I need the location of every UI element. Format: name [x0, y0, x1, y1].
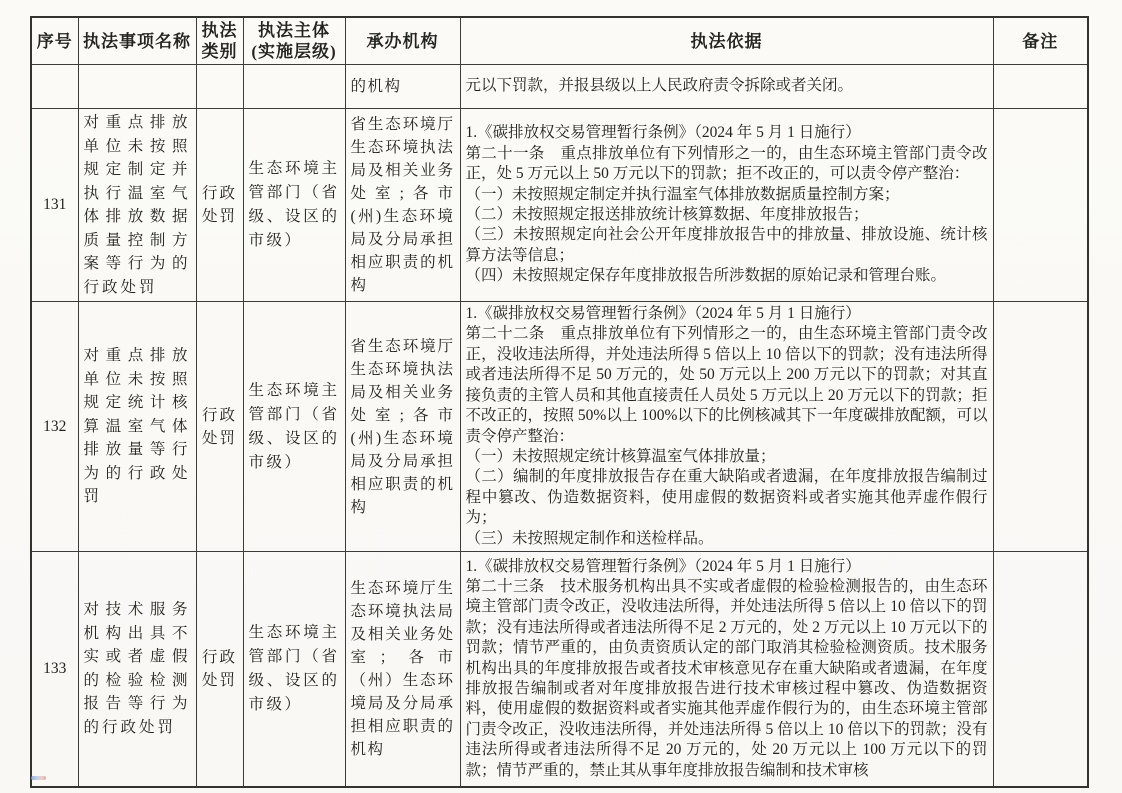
- row-133-item-name: 对技术服务机构出具不实或者虚假的检验检测报告等行为的行政处罚: [78, 552, 196, 787]
- col-header-category: 执法类别: [196, 17, 243, 65]
- basis-paragraph: （二）未按照规定报送排放统计核算数据、年度排放报告；: [466, 205, 988, 225]
- row-133-category: 行政处罚: [196, 552, 243, 787]
- basis-paragraph: 第二十一条 重点排放单位有下列情形之一的，由生态环境主管部门责令改正，处 5 万…: [466, 144, 988, 185]
- row-131-basis: 1.《碳排放权交易管理暂行条例》（2024 年 5 月 1 日施行） 第二十一条…: [460, 109, 993, 302]
- basis-paragraph: （三）未按照规定向社会公开年度排放报告中的排放量、排放设施、统计核算方法等信息；: [466, 225, 988, 266]
- row-132-subject: 生态环境主管部门（省级、设区的市级）: [243, 302, 345, 552]
- row-132-organ: 省生态环境厅生态环境执法局及相关业务处室;各市(州)生态环境局及分局承担相应职责…: [345, 302, 460, 552]
- row-133-basis: 1.《碳排放权交易管理暂行条例》（2024 年 5 月 1 日施行） 第二十三条…: [460, 552, 993, 787]
- col-header-subject: 执法主体(实施层级): [243, 17, 345, 65]
- col-header-organ: 承办机构: [345, 17, 460, 65]
- col-header-no: 序号: [31, 17, 78, 65]
- row-131-item-name: 对重点排放单位未按照规定制定并执行温室气体排放数据质量控制方案等行为的行政处罚: [78, 109, 196, 302]
- carryover-name-cell: [78, 65, 196, 109]
- basis-paragraph: （一）未按照规定统计核算温室气体排放量；: [466, 447, 988, 467]
- scan-artifact-mark: [31, 776, 46, 780]
- carryover-remark-cell: [993, 65, 1088, 109]
- basis-paragraph: （三）未按照规定制作和送检样品。: [466, 529, 988, 549]
- basis-paragraph: 第二十二条 重点排放单位有下列情形之一的，由生态环境主管部门责令改正，没收违法所…: [466, 324, 988, 446]
- row-132-item-name: 对重点排放单位未按照规定统计核算温室气体排放量等行为的行政处罚: [78, 302, 196, 552]
- basis-paragraph: 1.《碳排放权交易管理暂行条例》（2024 年 5 月 1 日施行）: [466, 304, 988, 324]
- row-132-basis: 1.《碳排放权交易管理暂行条例》（2024 年 5 月 1 日施行） 第二十二条…: [460, 302, 993, 552]
- basis-paragraph: 1.《碳排放权交易管理暂行条例》（2024 年 5 月 1 日施行）: [466, 557, 988, 577]
- row-133-no: 133: [31, 552, 78, 787]
- row-132-category: 行政处罚: [196, 302, 243, 552]
- row-131-category: 行政处罚: [196, 109, 243, 302]
- carryover-category-cell: [196, 65, 243, 109]
- col-header-item-name: 执法事项名称: [78, 17, 196, 65]
- row-131-remark: [993, 109, 1088, 302]
- row-131-subject: 生态环境主管部门（省级、设区的市级）: [243, 109, 345, 302]
- basis-paragraph: 元以下罚款，并报县级以上人民政府责令拆除或者关闭。: [466, 76, 988, 96]
- document-page: 序号 执法事项名称 执法类别 执法主体(实施层级) 承办机构 执法依据 备注 的…: [0, 0, 1122, 793]
- col-header-basis: 执法依据: [460, 17, 993, 65]
- row-133-remark: [993, 552, 1088, 787]
- enforcement-items-table: 序号 执法事项名称 执法类别 执法主体(实施层级) 承办机构 执法依据 备注 的…: [30, 16, 1089, 788]
- col-header-remark: 备注: [993, 17, 1088, 65]
- table-row-133: 133 对技术服务机构出具不实或者虚假的检验检测报告等行为的行政处罚 行政处罚 …: [31, 552, 1088, 787]
- table-row-131: 131 对重点排放单位未按照规定制定并执行温室气体排放数据质量控制方案等行为的行…: [31, 109, 1088, 302]
- table-header-row: 序号 执法事项名称 执法类别 执法主体(实施层级) 承办机构 执法依据 备注: [31, 17, 1088, 65]
- carryover-row: 的机构 元以下罚款，并报县级以上人民政府责令拆除或者关闭。: [31, 65, 1088, 109]
- row-132-no: 132: [31, 302, 78, 552]
- basis-paragraph: 1.《碳排放权交易管理暂行条例》（2024 年 5 月 1 日施行）: [466, 123, 988, 143]
- row-131-no: 131: [31, 109, 78, 302]
- table-row-132: 132 对重点排放单位未按照规定统计核算温室气体排放量等行为的行政处罚 行政处罚…: [31, 302, 1088, 552]
- row-133-organ: 生态环境厅生态环境执法局及相关业务处室；各市（州）生态环境局及分局承担相应职责的…: [345, 552, 460, 787]
- carryover-organ-cell: 的机构: [345, 65, 460, 109]
- basis-paragraph: （一）未按照规定制定并执行温室气体排放数据质量控制方案；: [466, 185, 988, 205]
- basis-paragraph: （二）编制的年度排放报告存在重大缺陷或者遗漏，在年度排放报告编制过程中篡改、伪造…: [466, 467, 988, 528]
- row-132-remark: [993, 302, 1088, 552]
- basis-paragraph: 第二十三条 技术服务机构出具不实或者虚假的检验检测报告的，由生态环境主管部门责令…: [466, 577, 988, 781]
- row-133-subject: 生态环境主管部门（省级、设区的市级）: [243, 552, 345, 787]
- carryover-subject-cell: [243, 65, 345, 109]
- row-131-organ: 省生态环境厅生态环境执法局及相关业务处室;各市(州)生态环境局及分局承担相应职责…: [345, 109, 460, 302]
- basis-paragraph: （四）未按照规定保存年度排放报告所涉数据的原始记录和管理台账。: [466, 266, 988, 286]
- carryover-basis-cell: 元以下罚款，并报县级以上人民政府责令拆除或者关闭。: [460, 65, 993, 109]
- carryover-no-cell: [31, 65, 78, 109]
